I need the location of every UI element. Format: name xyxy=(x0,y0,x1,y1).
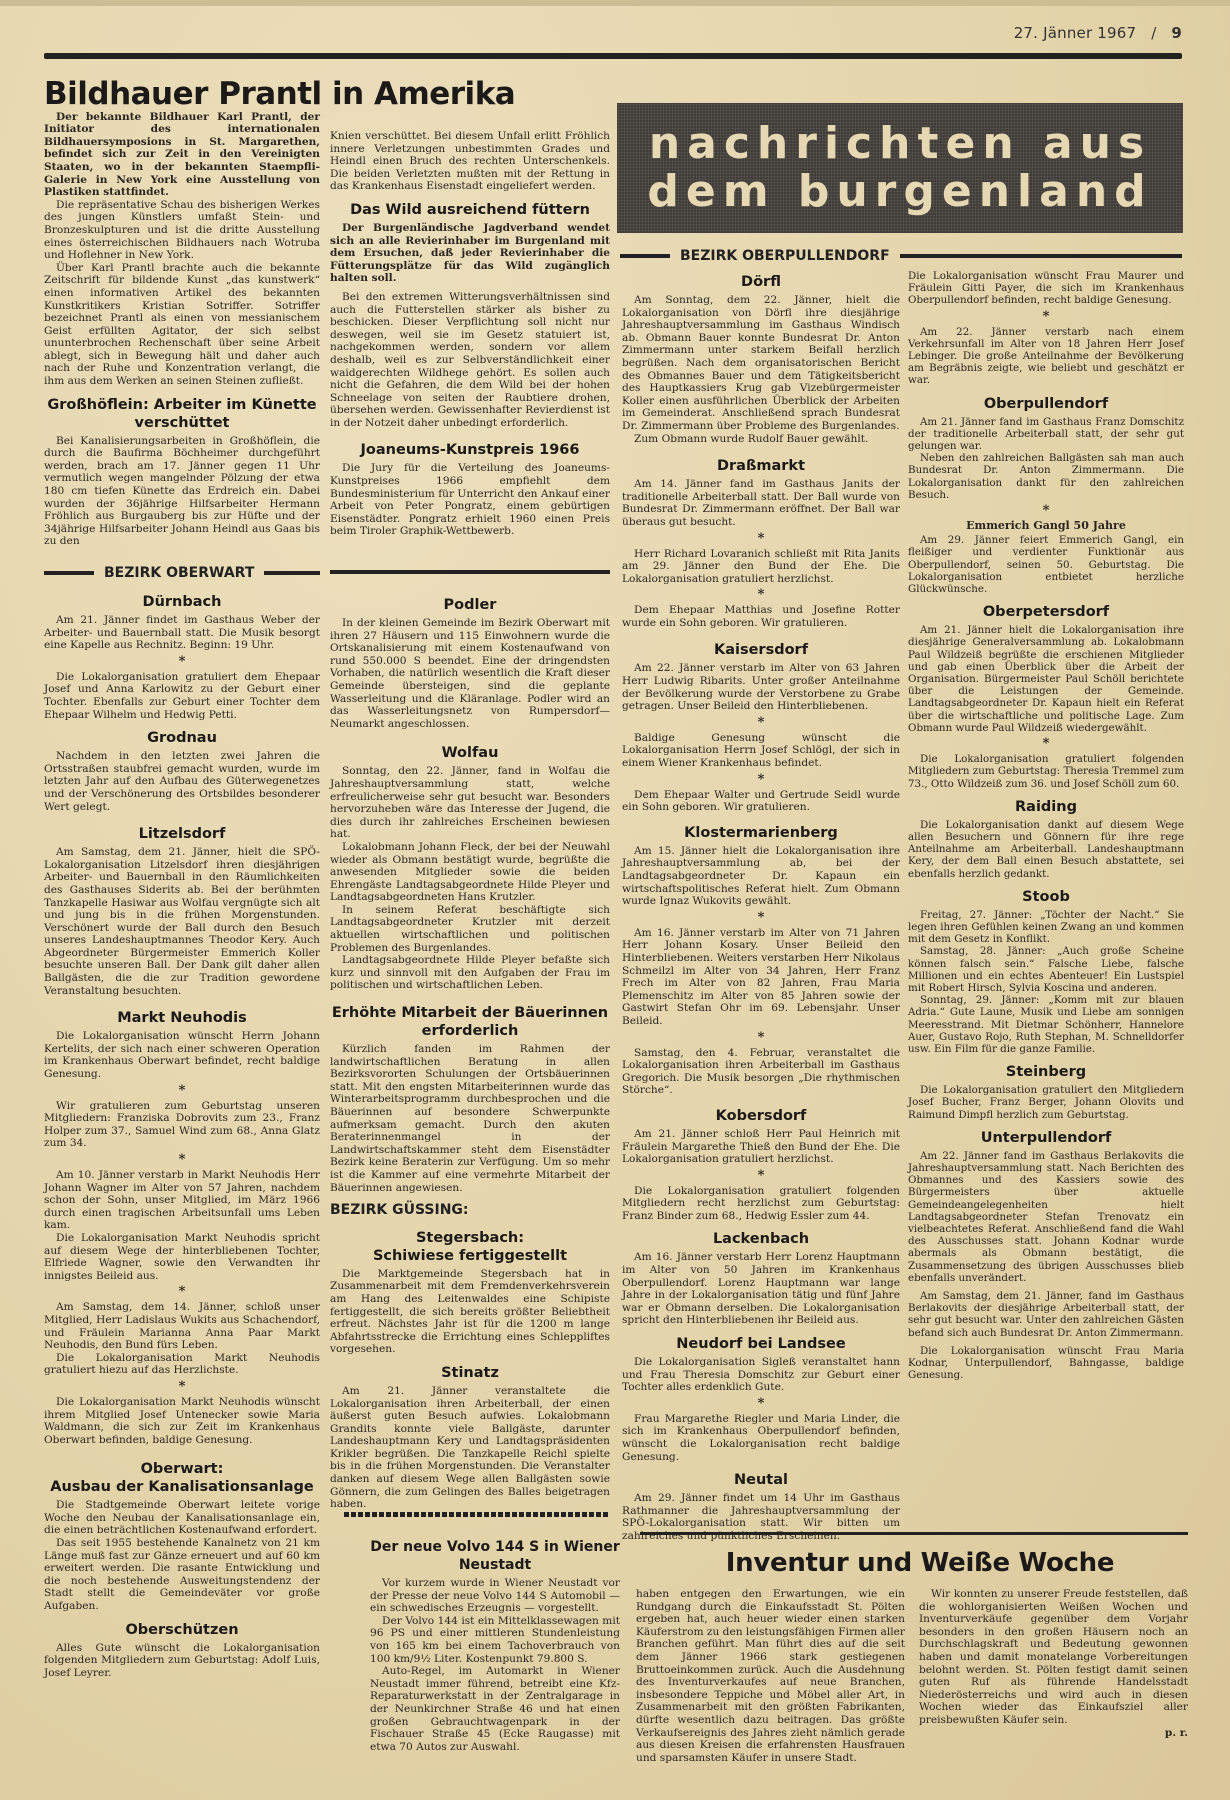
grodnau-headline: Grodnau xyxy=(44,729,320,747)
district-title: BEZIRK OBERPULLENDORF xyxy=(680,248,890,264)
duernbach-headline: Dürnbach xyxy=(44,593,320,611)
unterpullendorf-headline: Unterpullendorf xyxy=(908,1129,1184,1147)
lackenbach-paragraph: Am 16. Jänner verstarb Herr Lorenz Haupt… xyxy=(622,1251,900,1327)
kanal-paragraph: Die Stadtgemeinde Oberwart leitete vorig… xyxy=(44,1499,320,1537)
wolfau-paragraph: In seinem Referat beschäftigte sich Land… xyxy=(330,904,610,954)
column-4: Die Lokalorganisation wünscht Frau Maure… xyxy=(908,270,1184,1381)
asterisk-separator: * xyxy=(622,773,900,786)
unterpullendorf-paragraph: Am Samstag, dem 21. Jänner, fand im Gast… xyxy=(908,1290,1184,1339)
wolfau-headline: Wolfau xyxy=(330,744,610,762)
volvo-paragraph: Vor kurzem wurde in Wiener Neustadt vor … xyxy=(370,1577,620,1615)
banner-line-2: dem burgenland xyxy=(647,168,1152,216)
opd-paragraph: Am 21. Jänner fand im Gasthaus Franz Dom… xyxy=(908,416,1184,453)
stegersbach-headline-1: Stegersbach: xyxy=(330,1229,610,1247)
raiding-paragraph: Die Lokalorganisation dankt auf diesem W… xyxy=(908,819,1184,880)
section-rule xyxy=(330,570,610,574)
kobersdorf-headline: Kobersdorf xyxy=(622,1107,900,1125)
oberpetersdorf-paragraph: Am 21. Jänner hielt die Lokalorganisatio… xyxy=(908,624,1184,734)
asterisk-separator: * xyxy=(44,1285,320,1298)
district-title: BEZIRK OBERWART xyxy=(104,565,254,581)
inventur-paragraph: haben entgegen den Erwartungen, wie ein … xyxy=(636,1588,905,1764)
neudorf-headline: Neudorf bei Landsee xyxy=(622,1335,900,1353)
duernbach-paragraph: Die Lokalorganisation gratuliert dem Ehe… xyxy=(44,671,320,721)
wolfau-paragraph: Lokalobmann Johann Fleck, der bei der Ne… xyxy=(330,841,610,904)
drassmarkt-paragraph: Herr Richard Lovaranich schließt mit Rit… xyxy=(622,548,900,586)
duernbach-paragraph: Am 21. Jänner findet im Gasthaus Weber d… xyxy=(44,614,320,652)
prantl-paragraph: Die repräsentative Schau des bisherigen … xyxy=(44,199,320,262)
prantl-lead: Der bekannte Bildhauer Karl Prantl, der … xyxy=(44,111,320,199)
masthead-rule xyxy=(44,53,1182,59)
podler-paragraph: In der kleinen Gemeinde im Bezirk Oberwa… xyxy=(330,617,610,730)
district-title: BEZIRK GÜSSING: xyxy=(330,1204,469,1217)
asterisk-separator: * xyxy=(622,1169,900,1182)
steinberg-headline: Steinberg xyxy=(908,1063,1184,1081)
neuhodis-paragraph: Die Lokalorganisation wünscht Herrn Joha… xyxy=(44,1030,320,1080)
asterisk-separator: * xyxy=(908,504,1184,517)
asterisk-separator: * xyxy=(44,1153,320,1166)
wild-lead: Der Burgenländische Jagdverband wendet s… xyxy=(330,222,610,285)
stoob-paragraph: Sonntag, 29. Jänner: „Komm mit zur blaue… xyxy=(908,994,1184,1055)
litzelsdorf-paragraph: Am Samstag, dem 21. Jänner, hielt die SP… xyxy=(44,846,320,997)
stinatz-paragraph: Am 21. Jänner veranstaltete die Lokalorg… xyxy=(330,1385,610,1511)
joanneum-headline: Joaneums-Kunstpreis 1966 xyxy=(330,441,610,459)
section-rule xyxy=(640,1532,1188,1535)
opd-paragraph: Neben den zahlreichen Ballgästen sah man… xyxy=(908,452,1184,501)
asterisk-separator: * xyxy=(622,588,900,601)
drassmarkt-paragraph: Am 14. Jänner fand im Gasthaus Janits de… xyxy=(622,478,900,528)
dotted-rule xyxy=(344,1512,610,1517)
drassmarkt-headline: Draßmarkt xyxy=(622,457,900,475)
column-1-lower: Dürnbach Am 21. Jänner findet im Gasthau… xyxy=(44,585,320,1679)
kanal-paragraph: Das seit 1955 bestehende Kanalnetz von 2… xyxy=(44,1537,320,1613)
district-header-guessing: BEZIRK GÜSSING: xyxy=(330,1204,610,1217)
podler-headline: Podler xyxy=(330,596,610,614)
asterisk-separator: * xyxy=(908,737,1184,750)
neutal-continued: Die Lokalorganisation wünscht Frau Maure… xyxy=(908,270,1184,307)
drassmarkt-paragraph: Dem Ehepaar Matthias und Josefine Rotter… xyxy=(622,604,900,629)
prantl-headline: Bildhauer Prantl in Amerika xyxy=(44,88,320,101)
neuhodis-paragraph: Die Lokalorganisation Markt Neuhodis gra… xyxy=(44,1352,320,1377)
page-number: 9 xyxy=(1171,24,1182,42)
kanal-headline-2: Ausbau der Kanalisationsanlage xyxy=(44,1478,320,1496)
inventur-headline: Inventur und Weiße Woche xyxy=(640,1548,1200,1578)
unterpullendorf-paragraph: Am 22. Jänner fand im Gasthaus Berlakovi… xyxy=(908,1150,1184,1284)
asterisk-separator: * xyxy=(44,1380,320,1393)
grodnau-paragraph: Nachdem in den letzten zwei Jahren die O… xyxy=(44,750,320,813)
asterisk-separator: * xyxy=(622,911,900,924)
neutal-paragraph: Am 29. Jänner findet um 14 Uhr im Gastha… xyxy=(622,1492,900,1542)
klostermarienberg-paragraph: Am 16. Jänner verstarb im Alter von 71 J… xyxy=(622,927,900,1028)
oberschuetzen-headline: Oberschützen xyxy=(44,1621,320,1639)
steinberg-paragraph: Die Lokalorganisation gratuliert den Mit… xyxy=(908,1084,1184,1121)
stoob-paragraph: Freitag, 27. Jänner: „Töchter der Nacht.… xyxy=(908,909,1184,946)
klostermarienberg-paragraph: Samstag, den 4. Februar, veranstaltet di… xyxy=(622,1047,900,1097)
inventur-article: haben entgegen den Erwartungen, wie ein … xyxy=(636,1588,1188,1764)
oberpetersdorf-paragraph: Die Lokalorganisation gratuliert folgend… xyxy=(908,753,1184,790)
neuhodis-paragraph: Die Lokalorganisation Markt Neuhodis wün… xyxy=(44,1396,320,1446)
neutal-paragraph: Am 22. Jänner verstarb nach einem Verkeh… xyxy=(908,326,1184,387)
wolfau-paragraph: Landtagsabgeordnete Hilde Pleyer befaßte… xyxy=(330,954,610,992)
wolfau-paragraph: Sonntag, den 22. Jänner, fand in Wolfau … xyxy=(330,765,610,841)
asterisk-separator: * xyxy=(622,1397,900,1410)
opd-paragraph: Am 29. Jänner feiert Emmerich Gangl, ein… xyxy=(908,534,1184,595)
column-2-top: Knien verschüttet. Bei diesem Unfall erl… xyxy=(330,130,610,538)
unterpullendorf-paragraph: Die Lokalorganisation wünscht Frau Maria… xyxy=(908,1345,1184,1382)
doerfl-headline: Dörfl xyxy=(622,273,900,291)
doerfl-paragraph: Am Sonntag, dem 22. Jänner, hielt die Lo… xyxy=(622,294,900,433)
volvo-paragraph: Auto-Regel, im Automarkt in Wiener Neust… xyxy=(370,1665,620,1753)
opd-headline: Oberpullendorf xyxy=(908,395,1184,413)
stinatz-headline: Stinatz xyxy=(330,1364,610,1382)
baeuerinnen-paragraph: Kürzlich fanden im Rahmen der landwirtsc… xyxy=(330,1043,610,1194)
kobersdorf-paragraph: Die Lokalorganisation gratuliert folgend… xyxy=(622,1185,900,1223)
oberpetersdorf-headline: Oberpetersdorf xyxy=(908,603,1184,621)
page-folio: 27. Jänner 1967 / 9 xyxy=(1014,24,1182,42)
volvo-headline: Der neue Volvo 144 S in Wiener Neustadt xyxy=(370,1538,620,1574)
kanal-headline-1: Oberwart: xyxy=(44,1460,320,1478)
paper-edge xyxy=(0,0,1230,6)
kaisersdorf-headline: Kaisersdorf xyxy=(622,641,900,659)
klostermarienberg-headline: Klostermarienberg xyxy=(622,824,900,842)
neudorf-paragraph: Frau Margarethe Riegler und Maria Linder… xyxy=(622,1413,900,1463)
neuhodis-paragraph: Am 10. Jänner verstarb in Markt Neuhodis… xyxy=(44,1169,320,1232)
joanneum-paragraph: Die Jury für die Verteilung des Joaneums… xyxy=(330,462,610,538)
newspaper-page: 27. Jänner 1967 / 9 Bildhauer Prantl in … xyxy=(0,0,1230,1800)
column-2-lower: Podler In der kleinen Gemeinde im Bezirk… xyxy=(330,588,610,1511)
neuhodis-paragraph: Die Lokalorganisation Markt Neuhodis spr… xyxy=(44,1232,320,1282)
kaisersdorf-paragraph: Baldige Genesung wünscht die Lokalorgani… xyxy=(622,732,900,770)
asterisk-separator: * xyxy=(908,310,1184,323)
wild-paragraph: Bei den extremen Witterungsverhältnissen… xyxy=(330,291,610,430)
baeuerinnen-headline: Erhöhte Mitarbeit der Bäuerinnen erforde… xyxy=(330,1004,610,1040)
section-banner: nachrichten aus dem burgenland xyxy=(617,103,1183,233)
grosshoeflein-continued: Knien verschüttet. Bei diesem Unfall erl… xyxy=(330,130,610,193)
stegersbach-paragraph: Die Marktgemeinde Stegersbach hat in Zus… xyxy=(330,1268,610,1356)
lackenbach-headline: Lackenbach xyxy=(622,1230,900,1248)
stoob-headline: Stoob xyxy=(908,888,1184,906)
neudorf-paragraph: Die Lokalorganisation Sigleß veranstalte… xyxy=(622,1356,900,1394)
asterisk-separator: * xyxy=(622,716,900,729)
neuhodis-paragraph: Wir gratulieren zum Geburtstag unseren M… xyxy=(44,1100,320,1150)
grosshoeflein-paragraph: Bei Kanalisierungsarbeiten in Großhöflei… xyxy=(44,435,320,548)
district-header-oberpullendorf: BEZIRK OBERPULLENDORF xyxy=(620,248,1182,264)
author-signature: p. r. xyxy=(1165,1727,1188,1740)
inventur-paragraph: Wir konnten zu unserer Freude feststelle… xyxy=(919,1588,1188,1727)
volvo-paragraph: Der Volvo 144 ist ein Mittelklassewagen … xyxy=(370,1615,620,1665)
asterisk-separator: * xyxy=(44,655,320,668)
stegersbach-headline-2: Schiwiese fertiggestellt xyxy=(330,1247,610,1265)
neuhodis-headline: Markt Neuhodis xyxy=(44,1009,320,1027)
folio-separator: / xyxy=(1151,24,1156,42)
asterisk-separator: * xyxy=(622,532,900,545)
doerfl-paragraph: Zum Obmann wurde Rudolf Bauer gewählt. xyxy=(622,433,900,446)
neutal-headline: Neutal xyxy=(622,1471,900,1489)
volvo-article: Der neue Volvo 144 S in Wiener Neustadt … xyxy=(370,1530,620,1753)
raiding-headline: Raiding xyxy=(908,798,1184,816)
district-header-oberwart: BEZIRK OBERWART xyxy=(44,565,320,581)
litzelsdorf-headline: Litzelsdorf xyxy=(44,825,320,843)
kaisersdorf-paragraph: Dem Ehepaar Walter und Gertrude Seidl wu… xyxy=(622,789,900,814)
column-1: Bildhauer Prantl in Amerika Der bekannte… xyxy=(44,88,320,548)
issue-date: 27. Jänner 1967 xyxy=(1014,24,1137,42)
gangl-subheadline: Emmerich Gangl 50 Jahre xyxy=(908,520,1184,532)
banner-line-1: nachrichten aus xyxy=(649,120,1151,168)
neuhodis-paragraph: Am Samstag, dem 14. Jänner, schloß unser… xyxy=(44,1301,320,1351)
grosshoeflein-headline: Großhöflein: Arbeiter im Künette verschü… xyxy=(44,396,320,432)
kobersdorf-paragraph: Am 21. Jänner schloß Herr Paul Heinrich … xyxy=(622,1128,900,1166)
prantl-paragraph: Über Karl Prantl brachte auch die bekann… xyxy=(44,262,320,388)
oberschuetzen-paragraph: Alles Gute wünscht die Lokalorganisation… xyxy=(44,1642,320,1680)
klostermarienberg-paragraph: Am 15. Jänner hielt die Lokalorganisatio… xyxy=(622,845,900,908)
kaisersdorf-paragraph: Am 22. Jänner verstarb im Alter von 63 J… xyxy=(622,662,900,712)
asterisk-separator: * xyxy=(44,1084,320,1097)
asterisk-separator: * xyxy=(622,1031,900,1044)
column-3: Dörfl Am Sonntag, dem 22. Jänner, hielt … xyxy=(622,265,900,1543)
wild-headline: Das Wild ausreichend füttern xyxy=(330,201,610,219)
stoob-paragraph: Samstag, 28. Jänner: „Auch große Scheine… xyxy=(908,945,1184,994)
